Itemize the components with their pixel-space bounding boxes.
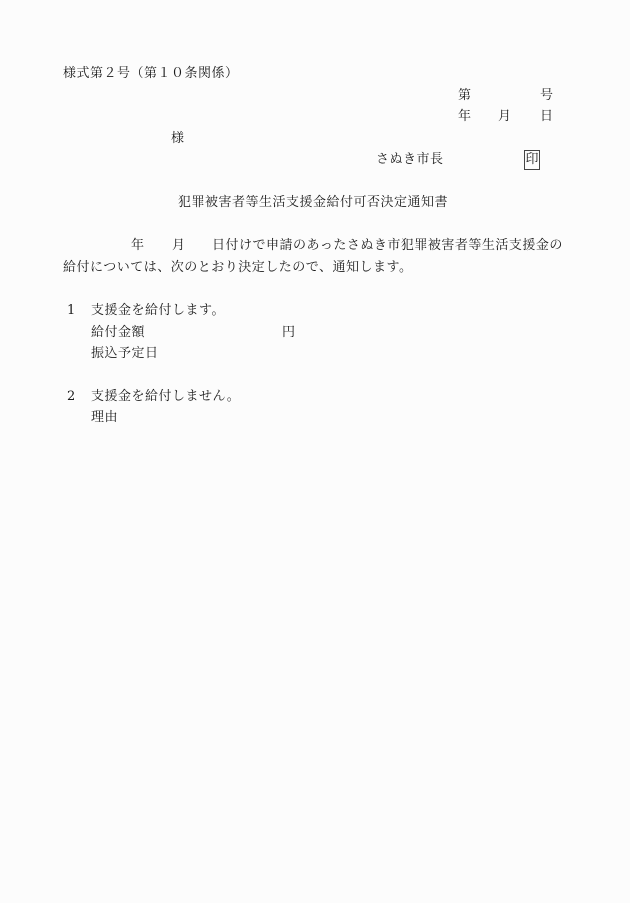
form-label: 様式第２号（第１０条関係） <box>63 66 239 82</box>
reference-number-suffix: 号 <box>540 88 554 104</box>
reason-label: 理由 <box>91 410 118 426</box>
body-month: 月 <box>172 238 186 254</box>
item-2-heading: 支援金を給付しません。 <box>91 389 240 405</box>
date-day: 日 <box>540 109 554 125</box>
body-line2: 給付については、次のとおり決定したので、通知します。 <box>63 260 412 276</box>
seal-stamp-box: 印 <box>524 150 540 170</box>
document-page: 様式第２号（第１０条関係） 第 号 年 月 日 様 さぬき市長 印 犯罪被害者等… <box>0 0 630 903</box>
item-1-number: 1 <box>67 303 76 319</box>
recipient-honorific: 様 <box>171 131 185 147</box>
payment-amount-unit: 円 <box>282 325 296 341</box>
transfer-date-label: 振込予定日 <box>91 346 159 362</box>
sender-name: さぬき市長 <box>376 152 444 168</box>
payment-amount-label: 給付金額 <box>91 325 145 341</box>
body-year: 年 <box>131 238 145 254</box>
date-year: 年 <box>458 109 472 125</box>
reference-number-prefix: 第 <box>458 88 472 104</box>
item-2-number: 2 <box>67 389 76 405</box>
body-line1: 日付けで申請のあったさぬき市犯罪被害者等生活支援金の <box>212 238 563 254</box>
document-title: 犯罪被害者等生活支援金給付可否決定通知書 <box>178 195 448 211</box>
item-1-heading: 支援金を給付します。 <box>91 303 225 319</box>
date-month: 月 <box>498 109 512 125</box>
